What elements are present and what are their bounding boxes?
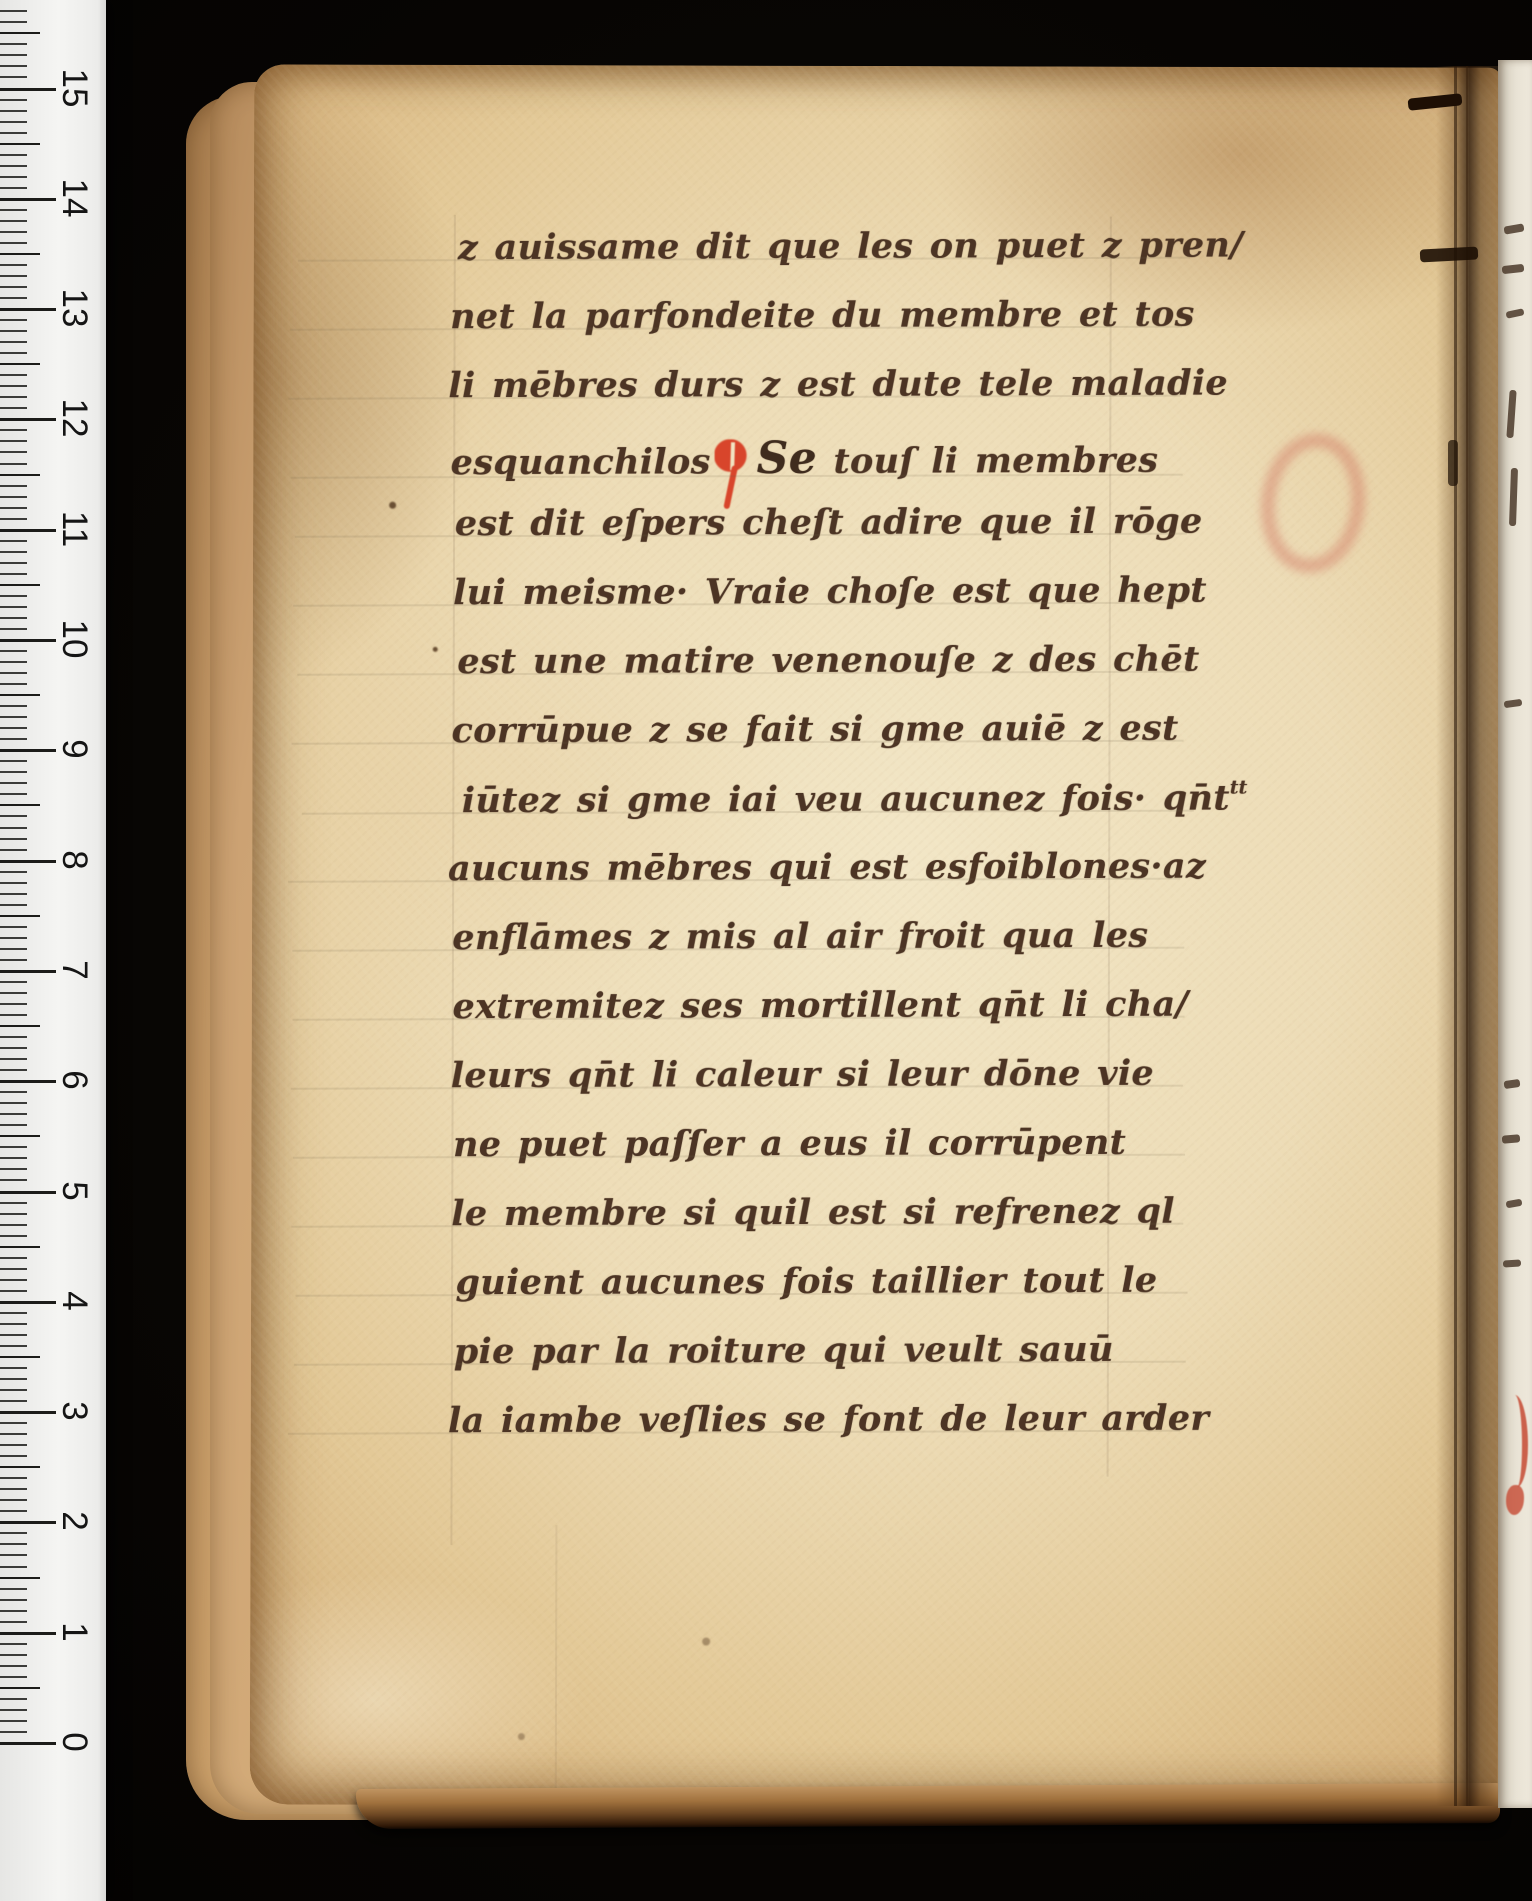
manuscript-text-line: esquanchilosSe touſ li membres <box>451 432 1141 485</box>
ruler-tick <box>0 1654 27 1656</box>
ruler-tick <box>0 1312 27 1314</box>
ruler-tick <box>0 893 27 895</box>
ruler-tick <box>0 782 27 784</box>
ruler-tick <box>0 1709 27 1711</box>
ruler-tick <box>0 352 27 354</box>
text-segment: le membre si quil est si refrenez ql <box>451 1191 1175 1235</box>
ruler-tick <box>0 1290 27 1292</box>
text-segment: aucuns mēbres qui est esfoiblones·az <box>448 846 1206 890</box>
ruler-number: 14 <box>52 174 96 222</box>
manuscript-text-line: iūtez si gme iai veu aucunez fois· qn̄tt… <box>462 777 1152 821</box>
recto-rubric-fragment <box>1506 1485 1524 1515</box>
text-segment: est une matire venenouſe z des chēt <box>457 639 1199 683</box>
ruler-tick <box>0 1466 40 1468</box>
ruler-number: 10 <box>52 615 96 663</box>
text-segment: net la parfondeite du membre et tos <box>450 294 1195 338</box>
ruler-tick <box>0 474 40 476</box>
ruler-tick <box>0 330 27 332</box>
ruler-tick <box>0 1036 27 1038</box>
ruler-tick <box>0 1422 27 1424</box>
rubric-paraph-mark <box>715 439 751 483</box>
ruler-tick <box>0 760 27 762</box>
ruler-tick <box>0 1455 27 1457</box>
ruler-tick <box>0 1687 40 1689</box>
ruler-tick <box>0 1246 40 1248</box>
ruler-tick <box>0 584 40 586</box>
ruler-tick <box>0 341 27 343</box>
ruler-tick <box>0 749 56 752</box>
ruler-tick <box>0 860 56 863</box>
text-segment: enflāmes z mis al air froit qua les <box>452 915 1148 958</box>
ruler-tick <box>0 1532 27 1534</box>
ruler-tick <box>0 529 56 532</box>
ruler-tick <box>0 1665 27 1667</box>
ruler-tick <box>0 1191 56 1194</box>
ruler-tick <box>0 209 27 211</box>
ruler-number: 4 <box>52 1277 96 1325</box>
ruler-tick <box>0 1080 56 1083</box>
ruler-tick <box>0 1135 40 1137</box>
manuscript-text-line: est une matire venenouſe z des chēt <box>457 639 1147 682</box>
recto-rubric-fragment <box>1504 1395 1528 1487</box>
ruler-tick <box>0 650 27 652</box>
text-block: z auissame dit que les on puet z pren/ne… <box>450 225 1144 1487</box>
parchment-crease <box>555 1525 558 1795</box>
ruler-tick <box>0 827 27 829</box>
ruler-tick <box>0 694 40 696</box>
ruler-tick <box>0 165 27 167</box>
ruler-tick <box>0 76 27 78</box>
ruler-tick <box>0 88 56 91</box>
ruler-tick <box>0 286 27 288</box>
ruler-tick <box>0 32 40 34</box>
recto-text-fragment <box>1509 468 1518 526</box>
text-segment: esquanchilos <box>451 441 711 483</box>
ruler-tick <box>0 1720 27 1722</box>
ruler-tick <box>0 793 27 795</box>
ruler-tick <box>0 1091 27 1093</box>
recto-text-fragment <box>1502 1134 1521 1144</box>
text-segment: li mēbres durs z est dute tele maladie <box>448 362 1228 406</box>
recto-text-fragment <box>1504 1079 1521 1089</box>
ruler-tick <box>0 1367 27 1369</box>
ruler-tick <box>0 1676 27 1678</box>
ruler-tick <box>0 1124 27 1126</box>
ruler-tick <box>0 661 27 663</box>
ruler-number: 3 <box>52 1387 96 1435</box>
ruler-tick <box>0 1058 27 1060</box>
ruler-tick <box>0 1235 27 1237</box>
ruler-tick <box>0 220 27 222</box>
ruler-tick <box>0 65 27 67</box>
ruler-tick <box>0 1301 56 1304</box>
ruler-tick <box>0 187 27 189</box>
ruler-tick <box>0 418 56 421</box>
manuscript-text-line: aucuns mēbres qui est esfoiblones·az <box>448 846 1138 889</box>
ruler-tick <box>0 231 27 233</box>
ruler-tick <box>0 1599 27 1601</box>
ruler-tick <box>0 1742 56 1745</box>
recto-text-fragment <box>1503 1259 1521 1267</box>
ruler-tick <box>0 562 27 564</box>
manuscript-text-line: z auissame dit que les on puet z pren/ <box>458 225 1148 268</box>
ruler-tick <box>0 617 27 619</box>
ruler-tick <box>0 1577 40 1579</box>
manuscript-text-line: ne puet paſſer a eus il corrūpent <box>453 1122 1143 1165</box>
ruler-tick <box>0 429 27 431</box>
text-segment: iūtez si gme iai veu aucunez fois· qn̄t <box>462 777 1230 821</box>
parchment-speck <box>518 1733 525 1740</box>
ruler-tick <box>0 132 27 134</box>
ruler-tick <box>0 948 27 950</box>
text-segment: ne puet paſſer a eus il corrūpent <box>453 1122 1126 1165</box>
ruler-tick <box>0 1334 27 1336</box>
ruler-number: 5 <box>52 1167 96 1215</box>
red-initial-bleedthrough <box>1253 427 1374 579</box>
ruler-tick <box>0 1621 27 1623</box>
manuscript-text-line: le membre si quil est si refrenez ql <box>451 1191 1141 1234</box>
ruler-tick <box>0 705 27 707</box>
ruler-tick <box>0 1433 27 1435</box>
ruler-tick <box>0 198 56 201</box>
ruler-tick <box>0 639 56 642</box>
text-segment: tt <box>1230 776 1248 798</box>
ruler-tick <box>0 1554 27 1556</box>
ruler-tick <box>0 99 27 101</box>
ruler-tick <box>0 904 27 906</box>
ruler-tick <box>0 121 27 123</box>
text-segment: est dit eſpers cheſt adire que il rōge <box>455 501 1203 545</box>
recto-text-fragment <box>1506 390 1516 438</box>
ruler-number: 8 <box>52 836 96 884</box>
ruler-tick <box>0 1168 27 1170</box>
ruler-tick <box>0 937 27 939</box>
ruler-tick <box>0 154 27 156</box>
manuscript-text-line: guient aucunes fois taillier tout le <box>455 1260 1145 1303</box>
margin-dot <box>433 647 438 652</box>
ruler-tick <box>0 1477 27 1479</box>
text-segment: z auissame dit que les on puet z pren/ <box>458 224 1244 268</box>
text-segment: guient aucunes fois taillier tout le <box>455 1260 1157 1303</box>
ruler-tick <box>0 496 27 498</box>
ruler-tick <box>0 804 40 806</box>
ruler-number: 12 <box>52 394 96 442</box>
text-segment: extremitez ses mortillent qn̄t li cha/ <box>452 984 1188 1028</box>
ruler-tick <box>0 1257 27 1259</box>
ruler-tick <box>0 54 27 56</box>
ruler-tick <box>0 815 27 817</box>
ruler-tick <box>0 849 27 851</box>
text-segment: lui meisme· Vraie choſe est que hept <box>453 570 1207 614</box>
ruler-tick <box>0 1543 27 1545</box>
text-segment: corrūpue z se fait si gme auiē z est <box>451 708 1178 752</box>
text-segment: pie par la roiture qui veult sauū <box>454 1329 1114 1372</box>
text-segment: leurs qn̄t li caleur si leur dōne vie <box>451 1053 1154 1096</box>
ruler-tick <box>0 396 27 398</box>
page-bottom-edges <box>356 1783 1500 1829</box>
ruler-tick <box>0 1345 27 1347</box>
ruler-tick <box>0 1157 27 1159</box>
ruler-tick <box>0 959 27 961</box>
ruler-tick <box>0 871 27 873</box>
ruler-tick <box>0 540 27 542</box>
ruler-tick <box>0 672 27 674</box>
ruler-tick <box>0 1279 27 1281</box>
ruler-tick <box>0 176 27 178</box>
ruler-tick <box>0 1179 27 1181</box>
ruler-tick <box>0 1510 27 1512</box>
ruler-tick <box>0 1047 27 1049</box>
manuscript-text-line: est dit eſpers cheſt adire que il rōge <box>455 501 1145 544</box>
ruler-tick <box>0 628 27 630</box>
ruler-number: 6 <box>52 1056 96 1104</box>
ruler-tick <box>0 110 27 112</box>
ruler-tick <box>0 838 27 840</box>
ruler-tick <box>0 253 40 255</box>
ruler-tick <box>0 319 27 321</box>
ruler-tick <box>0 727 27 729</box>
ruler-tick <box>0 308 56 311</box>
ruler-tick <box>0 1566 27 1568</box>
ruler-tick <box>0 1146 27 1148</box>
manuscript-text-line: corrūpue z se fait si gme auiē z est <box>451 708 1141 751</box>
ruler-tick <box>0 485 27 487</box>
ruler-tick <box>0 242 27 244</box>
ruler-tick <box>0 1069 27 1071</box>
ruler-tick <box>0 1698 27 1700</box>
ruler-tick <box>0 1588 27 1590</box>
ruler-number: 9 <box>52 725 96 773</box>
ruler-tick <box>0 1411 56 1414</box>
ruler-tick <box>0 1003 27 1005</box>
ruler-tick <box>0 1102 27 1104</box>
ruler-tick <box>0 518 27 520</box>
ruler-tick <box>0 1378 27 1380</box>
ruler-tick <box>0 407 27 409</box>
margin-dot <box>389 502 396 509</box>
ruler-tick <box>0 915 40 917</box>
ruler-number: 15 <box>52 64 96 112</box>
ruler-number: 1 <box>52 1608 96 1656</box>
ruler-tick <box>0 606 27 608</box>
ruler-tick <box>0 507 27 509</box>
text-segment: Se <box>757 433 818 484</box>
ruler-tick <box>0 771 27 773</box>
manuscript-text-line: lui meisme· Vraie choſe est que hept <box>453 570 1143 613</box>
ruler-tick <box>0 882 27 884</box>
ruler-tick <box>0 1643 27 1645</box>
ruler-tick <box>0 440 27 442</box>
text-segment: la iambe veſlies se font de leur arder <box>448 1398 1209 1442</box>
ruler-number: 13 <box>52 284 96 332</box>
ruler-tick <box>0 1014 27 1016</box>
ruler-tick <box>0 451 27 453</box>
ruler-tick <box>0 970 56 973</box>
ruler-tick <box>0 43 27 45</box>
ruler-tick <box>0 1025 40 1027</box>
ruler-tick <box>0 1202 27 1204</box>
ruler-number: 7 <box>52 946 96 994</box>
ruler-tick <box>0 374 27 376</box>
ruler-tick <box>0 573 27 575</box>
ruler: 0123456789101112131415 <box>0 0 106 1901</box>
ruler-tick <box>0 21 27 23</box>
manuscript-text-line: pie par la roiture qui veult sauū <box>454 1329 1144 1372</box>
ruler-tick <box>0 595 27 597</box>
ruler-tick <box>0 1444 27 1446</box>
manuscript-text-line: extremitez ses mortillent qn̄t li cha/ <box>452 984 1142 1027</box>
manuscript-text-line: net la parfondeite du membre et tos <box>450 294 1140 337</box>
ruler-tick <box>0 1400 27 1402</box>
photo-stage: 0123456789101112131415 z auissame dit qu… <box>0 0 1532 1901</box>
ruler-tick <box>0 981 27 983</box>
ruler-tick <box>0 738 27 740</box>
ruler-tick <box>0 385 27 387</box>
recto-text-fragment <box>1503 223 1524 234</box>
ruler-tick <box>0 716 27 718</box>
ruler-tick <box>0 551 27 553</box>
ruler-tick <box>0 1268 27 1270</box>
ruler-tick <box>0 1224 27 1226</box>
sewing-slit <box>1448 440 1458 486</box>
ruler-tick <box>0 992 27 994</box>
recto-text-fragment <box>1505 308 1524 319</box>
recto-text-fragment <box>1504 699 1523 708</box>
ruler-tick <box>0 463 27 465</box>
ruler-tick <box>0 143 40 145</box>
ruler-tick <box>0 297 27 299</box>
ruler-tick <box>0 683 27 685</box>
recto-text-fragment <box>1502 264 1525 274</box>
ruler-tick <box>0 1213 27 1215</box>
manuscript-text-line: enflāmes z mis al air froit qua les <box>452 915 1142 958</box>
ruler-tick <box>0 1521 56 1524</box>
ruler-tick <box>0 1488 27 1490</box>
manuscript-text-line: leurs qn̄t li caleur si leur dōne vie <box>451 1053 1141 1096</box>
manuscript-text-line: la iambe veſlies se font de leur arder <box>448 1398 1138 1441</box>
ruler-tick <box>0 275 27 277</box>
recto-text-fragment <box>1506 1199 1523 1209</box>
ruler-number: 11 <box>52 505 96 553</box>
parchment-speck <box>702 1638 710 1646</box>
ruler-tick <box>0 1632 56 1635</box>
ruler-tick <box>0 1499 27 1501</box>
ruler-tick <box>0 264 27 266</box>
ruler-tick <box>0 1731 27 1733</box>
ruler-tick <box>0 1610 27 1612</box>
ruler-tick <box>0 1389 27 1391</box>
manuscript-text-line: li mēbres durs z est dute tele maladie <box>448 363 1138 406</box>
facing-page-sliver <box>1498 60 1532 1808</box>
ruler-tick <box>0 926 27 928</box>
ruler-number: 2 <box>52 1497 96 1545</box>
text-segment: touſ li membres <box>817 440 1158 482</box>
ruler-tick <box>0 363 40 365</box>
ruler-tick <box>0 10 27 12</box>
ruler-number: 0 <box>52 1718 96 1766</box>
ruler-tick <box>0 1323 27 1325</box>
ruler-tick <box>0 1356 40 1358</box>
ruler-tick <box>0 1113 27 1115</box>
